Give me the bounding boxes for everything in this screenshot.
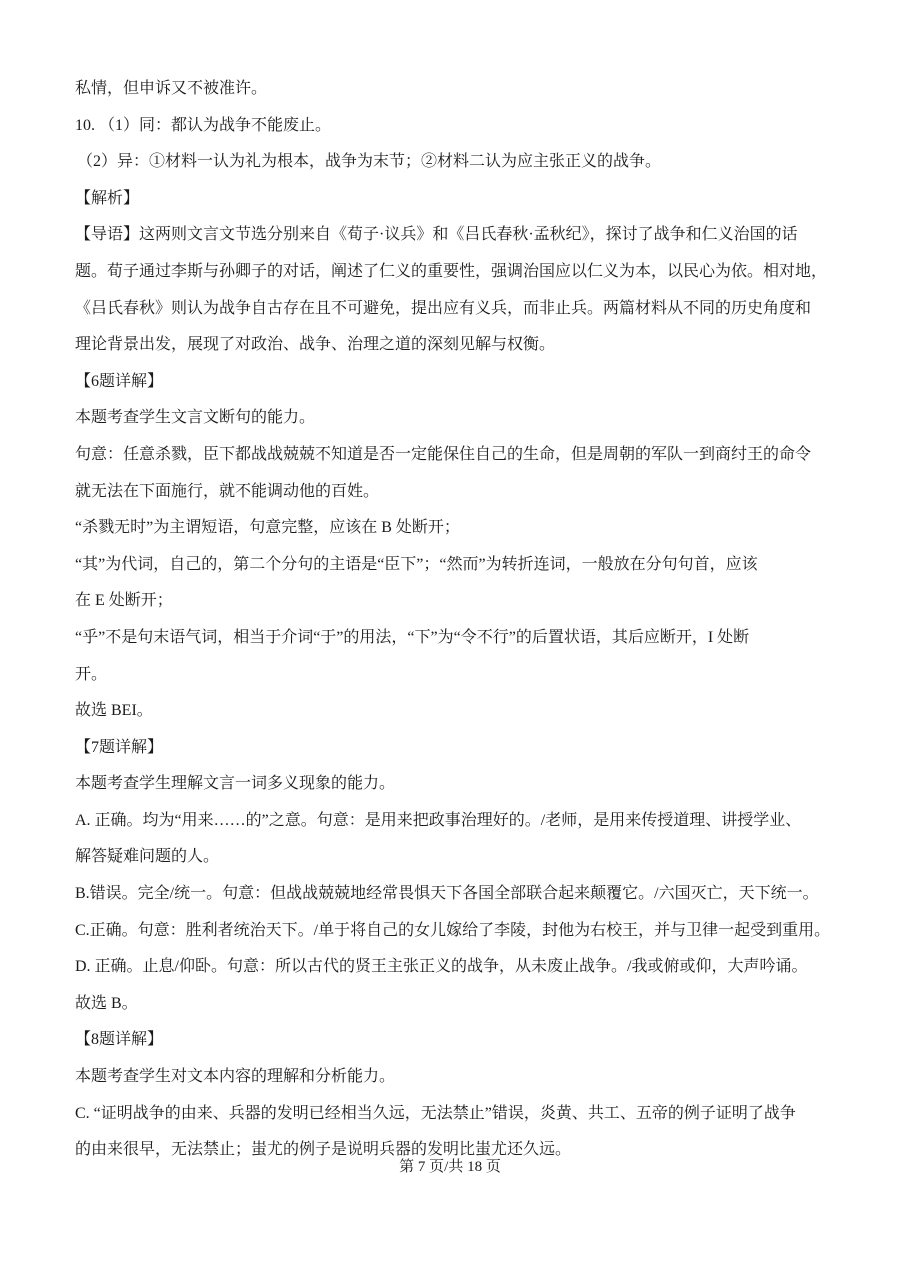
page-number-footer: 第 7 页/共 18 页 <box>0 1156 900 1178</box>
question-6-heading: 【6题详解】 <box>75 364 835 401</box>
question-7-option-a: A. 正确。均为“用来……的”之意。句意：是用来把政事治理好的。/老师，是用来传… <box>75 803 835 840</box>
question-6-line: 句意：任意杀戮，臣下都战战兢兢不知道是否一定能保住自己的生命，但是周朝的军队一到… <box>75 437 835 474</box>
question-8-heading: 【8题详解】 <box>75 1022 835 1059</box>
question-7-option-b: B.错误。完全/统一。句意：但战战兢兢地经常畏惧天下各国全部联合起来颠覆它。/六… <box>75 876 835 913</box>
intro-paragraph-line: 【导语】这两则文言文节选分别来自《荀子·议兵》和《吕氏春秋·孟秋纪》，探讨了战争… <box>75 217 835 254</box>
question-7-option-d: D. 正确。止息/仰卧。句意：所以古代的贤王主张正义的战争，从未废止战争。/我或… <box>75 949 835 986</box>
question-6-line: “其”为代词，自己的，第二个分句的主语是“臣下”；“然而”为转折连词，一般放在分… <box>75 547 835 584</box>
analysis-heading: 【解析】 <box>75 181 835 218</box>
document-page: 私情，但申诉又不被准许。 10. （1）同：都认为战争不能废止。 （2）异：①材… <box>0 0 900 1273</box>
intro-paragraph-line: 理论背景出发，展现了对政治、战争、治理之道的深刻见解与权衡。 <box>75 327 835 364</box>
question-6-answer: 故选 BEI。 <box>75 693 835 730</box>
question-7-line: 本题考查学生理解文言一词多义现象的能力。 <box>75 766 835 803</box>
question-7-answer: 故选 B。 <box>75 986 835 1023</box>
question-6-line: “乎”不是句末语气词，相当于介词“于”的用法，“下”为“令不行”的后置状语，其后… <box>75 620 835 657</box>
question-7-option-c: C.正确。句意：胜利者统治天下。/单于将自己的女儿嫁给了李陵，封他为右校王，并与… <box>75 913 835 950</box>
question-6-line: 就无法在下面施行，就不能调动他的百姓。 <box>75 474 835 511</box>
question-6-line: 本题考查学生文言文断句的能力。 <box>75 400 835 437</box>
question-8-option-c: C. “证明战争的由来、兵器的发明已经相当久远，无法禁止”错误，炎黄、共工、五帝… <box>75 1096 835 1133</box>
answer-10-part-2: （2）异：①材料一认为礼为根本，战争为末节；②材料二认为应主张正义的战争。 <box>75 144 835 181</box>
question-6-line: 在 E 处断开； <box>75 583 835 620</box>
question-6-line: “杀戮无时”为主谓短语，句意完整，应该在 B 处断开； <box>75 510 835 547</box>
intro-paragraph-line: 题。荀子通过李斯与孙卿子的对话，阐述了仁义的重要性，强调治国应以仁义为本，以民心… <box>75 254 835 291</box>
answer-10-part-1: 10. （1）同：都认为战争不能废止。 <box>75 108 835 145</box>
intro-paragraph-line: 《吕氏春秋》则认为战争自古存在且不可避免，提出应有义兵，而非止兵。两篇材料从不同… <box>75 291 835 328</box>
text-line: 私情，但申诉又不被准许。 <box>75 71 835 108</box>
question-7-option-a: 解答疑难问题的人。 <box>75 839 835 876</box>
question-7-heading: 【7题详解】 <box>75 730 835 767</box>
question-6-line: 开。 <box>75 657 835 694</box>
question-8-line: 本题考查学生对文本内容的理解和分析能力。 <box>75 1059 835 1096</box>
document-body: 私情，但申诉又不被准许。 10. （1）同：都认为战争不能废止。 （2）异：①材… <box>75 71 835 1169</box>
